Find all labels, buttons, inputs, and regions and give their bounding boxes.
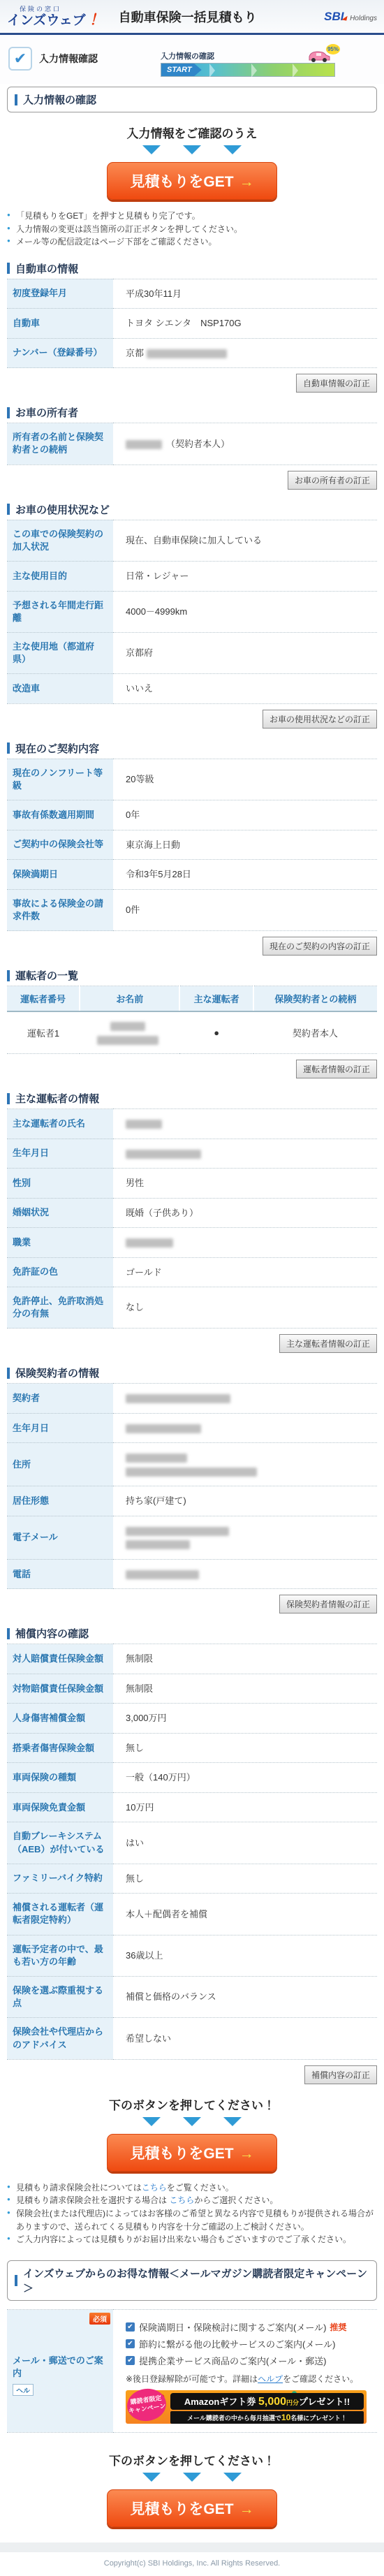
mail-option-row: 提携企業サービス商品のご案内(メール・郵送) bbox=[126, 2354, 371, 2367]
button-row: 現在のご契約の内容の訂正 bbox=[7, 937, 377, 956]
down-triangle-icon bbox=[183, 2473, 201, 2482]
value-text: なし bbox=[126, 1302, 144, 1312]
row-label: 初度登録年月 bbox=[7, 279, 113, 309]
progress-bar: START 95% bbox=[161, 63, 335, 77]
note-text: 見積もり請求保険会社については bbox=[16, 2183, 142, 2193]
row-value: なし bbox=[113, 1287, 377, 1329]
redacted-text bbox=[126, 1238, 173, 1247]
value-text: 一般（140万円） bbox=[126, 1772, 195, 1783]
value-text: ゴールド bbox=[126, 1267, 162, 1278]
table-row: 生年月日 bbox=[7, 1139, 377, 1169]
driver-number-cell: 運転者1 bbox=[7, 1011, 80, 1054]
row-value: 京都府 bbox=[113, 632, 377, 673]
table-row: 性別男性 bbox=[7, 1169, 377, 1199]
checkbox-checked-icon[interactable] bbox=[126, 2339, 135, 2348]
banner-main-text: Amazonギフト券 5,000円分プレゼント!! bbox=[170, 2393, 364, 2410]
get-quote-label: 見積もりをGET bbox=[130, 2146, 233, 2162]
inline-link[interactable]: こちら bbox=[142, 2183, 167, 2193]
redacted-text bbox=[126, 1424, 201, 1433]
value-text: 京都 bbox=[126, 348, 147, 358]
row-value: いいえ bbox=[113, 674, 377, 704]
value-text: はい bbox=[126, 1838, 144, 1848]
redacted-text bbox=[147, 349, 227, 358]
row-label: 車両保険免責金額 bbox=[7, 1792, 113, 1822]
accent-bar bbox=[15, 94, 17, 105]
arrow-right-icon: → bbox=[239, 2146, 254, 2162]
row-label: 所有者の名前と保険契約者との続柄 bbox=[7, 423, 113, 464]
sbi-holdings-text: Holdings bbox=[350, 15, 377, 22]
note-item: 見積もり請求保険会社を選択する場合は こちらからご選択ください。 bbox=[7, 2194, 377, 2207]
row-label: 免許停止、免許取消処分の有無 bbox=[7, 1287, 113, 1329]
section-title: 自動車の情報 bbox=[7, 261, 377, 276]
section-title-text: お車の所有者 bbox=[15, 405, 78, 420]
section-title-text: 主な運転者の情報 bbox=[15, 1091, 99, 1106]
down-triangle-icon bbox=[223, 145, 242, 154]
redacted-text bbox=[126, 1570, 199, 1579]
required-badge: 必須 bbox=[89, 2313, 110, 2325]
section-title: お車の所有者 bbox=[7, 405, 377, 420]
accent-bar bbox=[7, 504, 10, 515]
triangle-row bbox=[7, 145, 377, 156]
row-label: 現在のノンフリート等級 bbox=[7, 759, 113, 800]
row-value: 既婚（子供あり） bbox=[113, 1198, 377, 1228]
row-value: 現在、自動車保険に加入している bbox=[113, 520, 377, 561]
help-link[interactable]: ヘル bbox=[13, 2384, 34, 2396]
button-row: 運転者情報の訂正 bbox=[7, 1060, 377, 1078]
value-text: 東京海上日動 bbox=[126, 840, 180, 850]
row-label: 免許証の色 bbox=[7, 1257, 113, 1287]
row-value: 男性 bbox=[113, 1169, 377, 1199]
button-row: 主な運転者情報の訂正 bbox=[7, 1334, 377, 1353]
section-title: お車の使用状況など bbox=[7, 502, 377, 517]
row-label: 主な使用目的 bbox=[7, 562, 113, 592]
mail-settings-table: 必須 メール・郵送でのご案内 ヘル 保険満期日・保険検討に関するご案内(メール)… bbox=[7, 2309, 377, 2433]
redacted-text bbox=[126, 1468, 257, 1477]
notes-bottom: 見積もり請求保険会社についてはこちらをご覧ください。見積もり請求保険会社を選択す… bbox=[7, 2181, 377, 2246]
section-title: 現在のご契約内容 bbox=[7, 741, 377, 756]
down-triangle-icon bbox=[223, 2473, 242, 2482]
banner-unit: 円分 bbox=[286, 2399, 299, 2406]
table-row: 改造車いいえ bbox=[7, 674, 377, 704]
drivers-table: 運転者番号お名前主な運転者保険契約者との続柄運転者1●契約者本人 bbox=[7, 986, 377, 1054]
row-label: 補償される運転者（運転者限定特約） bbox=[7, 1894, 113, 1935]
page-section-title: 入力情報の確認 bbox=[23, 92, 96, 107]
correction-button[interactable]: 保険契約者情報の訂正 bbox=[279, 1595, 377, 1613]
logo-exclamation: ！ bbox=[86, 12, 101, 28]
page-section-titlebox: 入力情報の確認 bbox=[7, 87, 377, 112]
row-value: 0年 bbox=[113, 800, 377, 830]
row-label: 主な使用地（都道府県） bbox=[7, 632, 113, 673]
get-quote-label: 見積もりをGET bbox=[130, 2501, 233, 2517]
copyright: Copyright(c) SBI Holdings, Inc. All Righ… bbox=[0, 2552, 384, 2576]
note-text: 保険会社(または代理店)によってはお客様のご希望と異なる内容で見積もりが提供され… bbox=[16, 2209, 374, 2232]
row-label: 対物賠償責任保険金額 bbox=[7, 1674, 113, 1704]
info-table: この車での保険契約の加入状況現在、自動車保険に加入している主な使用目的日常・レジ… bbox=[7, 520, 377, 704]
banner-main-post: プレゼント!! bbox=[299, 2396, 350, 2407]
row-label: 運転予定者の中で、最も若い方の年齢 bbox=[7, 1935, 113, 1976]
step-bar: 入力情報確認 入力情報の確認 START 95% bbox=[0, 35, 384, 84]
row-value: 東京海上日動 bbox=[113, 830, 377, 860]
table-row: 車両保険免責金額10万円 bbox=[7, 1792, 377, 1822]
row-label: 対人賠償責任保険金額 bbox=[7, 1644, 113, 1674]
down-triangle-icon bbox=[142, 2117, 161, 2126]
row-value: 本人＋配偶者を補償 bbox=[113, 1894, 377, 1935]
accent-bar bbox=[7, 1093, 10, 1104]
row-value bbox=[113, 1443, 377, 1486]
row-value: 無し bbox=[113, 1864, 377, 1894]
inline-link[interactable]: こちら bbox=[169, 2195, 194, 2205]
value-text: 京都府 bbox=[126, 647, 153, 658]
page-header: 保険の窓口 インズウェブ！ 自動車保険一括見積もり SBI Holdings bbox=[0, 0, 384, 35]
confirm-lead: 入力情報をご確認のうえ bbox=[7, 124, 377, 141]
info-table: 契約者生年月日住所居住形態持ち家(戸建て)電子メール電話 bbox=[7, 1383, 377, 1589]
sbi-logo-text: SBI bbox=[324, 10, 344, 23]
redacted-text bbox=[126, 1394, 230, 1403]
table-row: 電話 bbox=[7, 1559, 377, 1589]
redacted-text bbox=[97, 1036, 158, 1045]
row-value bbox=[113, 1109, 377, 1139]
arrow-right-icon: → bbox=[239, 174, 254, 190]
campaign-titlebox: インズウェブからのお得な情報＜メールマガジン購読者限定キャンペーン＞ bbox=[7, 2260, 377, 2301]
note-text: 見積もり請求保険会社を選択する場合は bbox=[16, 2195, 169, 2205]
info-table: 対人賠償責任保険金額無制限対物賠償責任保険金額無制限人身傷害補償金額3,000万… bbox=[7, 1644, 377, 2059]
value-text: 0年 bbox=[126, 810, 140, 820]
redacted-text bbox=[126, 440, 162, 449]
arrow-right-icon: → bbox=[239, 2501, 254, 2517]
mail-label-cell: 必須 メール・郵送でのご案内 ヘル bbox=[7, 2309, 113, 2432]
section-title-text: 保険契約者の情報 bbox=[15, 1366, 99, 1380]
correction-button[interactable]: 補償内容の訂正 bbox=[304, 2065, 377, 2084]
row-value: 京都 bbox=[113, 338, 377, 368]
value-text: 持ち家(戸建て) bbox=[126, 1495, 186, 1506]
value-text: 日常・レジャー bbox=[126, 571, 189, 581]
value-text: 36歳以上 bbox=[126, 1950, 163, 1961]
table-row: ナンバー（登録番号）京都 bbox=[7, 338, 377, 368]
value-text: 無制限 bbox=[126, 1683, 153, 1694]
row-label: 車両保険の種類 bbox=[7, 1763, 113, 1793]
redacted-line bbox=[82, 1033, 177, 1047]
section-title-text: 運転者の一覧 bbox=[15, 968, 78, 983]
value-text: 4000－4999km bbox=[126, 606, 187, 617]
insweb-logo[interactable]: 保険の窓口 インズウェブ！ bbox=[7, 6, 101, 27]
table-row: 搭乗者傷害保険金額無し bbox=[7, 1733, 377, 1763]
correction-button[interactable]: 運転者情報の訂正 bbox=[296, 1060, 377, 1078]
table-row: 対人賠償責任保険金額無制限 bbox=[7, 1644, 377, 1674]
value-text: いいえ bbox=[126, 683, 153, 694]
down-triangle-icon bbox=[183, 2117, 201, 2126]
section-title: 補償内容の確認 bbox=[7, 1626, 377, 1641]
press-lead: 下のボタンを押してください！ bbox=[7, 2451, 377, 2468]
get-quote-button[interactable]: 見積もりをGET→ bbox=[107, 162, 277, 200]
column-header: 保険契約者との続柄 bbox=[253, 986, 377, 1012]
button-row: お車の所有者の訂正 bbox=[7, 471, 377, 490]
row-label: ご契約中の保険会社等 bbox=[7, 830, 113, 860]
info-table: 主な運転者の氏名生年月日性別男性婚姻状況既婚（子供あり）職業免許証の色ゴールド免… bbox=[7, 1108, 377, 1329]
note-text: をご覧ください。 bbox=[167, 2183, 234, 2193]
table-row: 免許停止、免許取消処分の有無なし bbox=[7, 1287, 377, 1329]
chevron-icon bbox=[209, 64, 215, 78]
value-text: 無し bbox=[126, 1743, 144, 1753]
step-label: 入力情報確認 bbox=[39, 52, 98, 66]
main-driver-cell: ● bbox=[179, 1011, 253, 1054]
section-title-text: お車の使用状況など bbox=[15, 502, 110, 517]
row-label: 保険を選ぶ際重視する点 bbox=[7, 1977, 113, 2018]
triangle-row bbox=[7, 2473, 377, 2484]
section-title-text: 補償内容の確認 bbox=[15, 1626, 89, 1641]
car-icon: 95% bbox=[307, 50, 332, 64]
table-row: ご契約中の保険会社等東京海上日動 bbox=[7, 830, 377, 860]
row-label: ファミリーバイク特約 bbox=[7, 1864, 113, 1894]
row-label: 搭乗者傷害保険金額 bbox=[7, 1733, 113, 1763]
note-text: 入力情報の変更は該当箇所の訂正ボタンを押してください。 bbox=[16, 224, 242, 234]
campaign-title: インズウェブからのお得な情報＜メールマガジン購読者限定キャンペーン＞ bbox=[23, 2266, 369, 2295]
value-text: 10万円 bbox=[126, 1802, 154, 1813]
value-text: （契約者本人） bbox=[166, 439, 230, 449]
sbi-holdings-logo: SBI Holdings bbox=[324, 10, 377, 22]
table-row: 電子メール bbox=[7, 1516, 377, 1559]
table-row: 婚姻状況既婚（子供あり） bbox=[7, 1198, 377, 1228]
redacted-text bbox=[110, 1022, 145, 1031]
row-label: 主な運転者の氏名 bbox=[7, 1109, 113, 1139]
note-item: 「見積もりをGET」を押すと見積もり完了です。 bbox=[7, 210, 377, 223]
note-item: 見積もり請求保険会社についてはこちらをご覧ください。 bbox=[7, 2181, 377, 2195]
table-row: 免許証の色ゴールド bbox=[7, 1257, 377, 1287]
row-label: 人身傷害補償金額 bbox=[7, 1704, 113, 1734]
table-row: 保険を選ぶ際重視する点補償と価格のバランス bbox=[7, 1977, 377, 2018]
table-row: 初度登録年月平成30年11月 bbox=[7, 279, 377, 309]
value-text: 3,000万円 bbox=[126, 1713, 167, 1723]
note-text: メール等の配信設定はページ下部をご確認ください。 bbox=[16, 237, 217, 247]
row-value: 3,000万円 bbox=[113, 1704, 377, 1734]
button-row: お車の使用状況などの訂正 bbox=[7, 710, 377, 729]
table-row: 生年月日 bbox=[7, 1413, 377, 1443]
row-value: 0件 bbox=[113, 889, 377, 930]
row-value bbox=[113, 1559, 377, 1589]
section-title-text: 現在のご契約内容 bbox=[15, 741, 99, 756]
get-quote-button[interactable]: 見積もりをGET→ bbox=[107, 2489, 277, 2527]
notes-top: 「見積もりをGET」を押すと見積もり完了です。入力情報の変更は該当箇所の訂正ボタ… bbox=[7, 210, 377, 249]
section-title: 保険契約者の情報 bbox=[7, 1366, 377, 1380]
table-row: 予想される年間走行距離4000－4999km bbox=[7, 591, 377, 632]
get-quote-label: 見積もりをGET bbox=[130, 174, 233, 190]
page-title: 自動車保険一括見積もり bbox=[119, 8, 257, 26]
row-label: 自動ブレーキシステム（AEB）が付いている bbox=[7, 1822, 113, 1864]
table-row: 補償される運転者（運転者限定特約）本人＋配偶者を補償 bbox=[7, 1894, 377, 1935]
table-row: 必須 メール・郵送でのご案内 ヘル 保険満期日・保険検討に関するご案内(メール)… bbox=[7, 2309, 377, 2432]
note-item: ご入力内容によっては見積もりがお届け出来ない場合もございますのでご了承ください。 bbox=[7, 2233, 377, 2246]
row-label: 事故による保険金の請求件数 bbox=[7, 889, 113, 930]
sbi-logo-accent-icon bbox=[342, 15, 348, 20]
note-item: 保険会社(または代理店)によってはお客様のご希望と異なる内容で見積もりが提供され… bbox=[7, 2207, 377, 2233]
table-row: ファミリーバイク特約無し bbox=[7, 1864, 377, 1894]
logo-text: インズウェブ bbox=[7, 13, 86, 28]
note-text: ※後日登録解除が可能です。詳細は bbox=[126, 2374, 258, 2384]
value-text: トヨタ シエンタ NSP170G bbox=[126, 318, 242, 328]
row-value: 無し bbox=[113, 1733, 377, 1763]
correction-button[interactable]: お車の所有者の訂正 bbox=[288, 471, 377, 490]
table-row: 職業 bbox=[7, 1228, 377, 1258]
row-label: 保険会社や代理店からのアドバイス bbox=[7, 2018, 113, 2059]
accent-bar bbox=[7, 1368, 10, 1379]
correction-button[interactable]: 現在のご契約の内容の訂正 bbox=[263, 937, 377, 956]
row-value: 4000－4999km bbox=[113, 591, 377, 632]
row-value: 日常・レジャー bbox=[113, 562, 377, 592]
row-value: 10万円 bbox=[113, 1792, 377, 1822]
note-text: をご確認ください。 bbox=[283, 2374, 358, 2384]
row-label: 予想される年間走行距離 bbox=[7, 591, 113, 632]
value-text: 0件 bbox=[126, 905, 140, 915]
row-value: 補償と価格のバランス bbox=[113, 1977, 377, 2018]
value-text: 令和3年5月28日 bbox=[126, 869, 191, 879]
table-row: 車両保険の種類一般（140万円） bbox=[7, 1763, 377, 1793]
row-value: 令和3年5月28日 bbox=[113, 860, 377, 890]
triangle-row bbox=[7, 2117, 377, 2128]
table-row: 運転者1●契約者本人 bbox=[7, 1011, 377, 1054]
table-row: 契約者 bbox=[7, 1384, 377, 1414]
accent-bar bbox=[7, 970, 10, 981]
row-label: 自動車 bbox=[7, 309, 113, 339]
checkmark-icon bbox=[8, 47, 32, 71]
mail-options-cell: 保険満期日・保険検討に関するご案内(メール)推奨節約に繋がる他の比較サービスのご… bbox=[113, 2309, 377, 2432]
info-table: 所有者の名前と保険契約者との続柄（契約者本人） bbox=[7, 423, 377, 464]
campaign-badge: 購読者限定 キャンペーン bbox=[125, 2386, 168, 2423]
down-triangle-icon bbox=[142, 2473, 161, 2482]
correction-button[interactable]: 自動車情報の訂正 bbox=[296, 374, 377, 393]
redacted-text bbox=[126, 1454, 187, 1463]
table-row: 主な使用目的日常・レジャー bbox=[7, 562, 377, 592]
progress-module: 入力情報の確認 START 95% bbox=[161, 50, 335, 77]
value-text: 男性 bbox=[126, 1178, 144, 1188]
table-row: 主な使用地（都道府県）京都府 bbox=[7, 632, 377, 673]
row-value: 一般（140万円） bbox=[113, 1763, 377, 1793]
row-label: 生年月日 bbox=[7, 1139, 113, 1169]
down-triangle-icon bbox=[142, 145, 161, 154]
checkbox-checked-icon[interactable] bbox=[126, 2356, 135, 2365]
note-text: からご選択ください。 bbox=[194, 2195, 278, 2205]
banner-sub-post: 名様にプレゼント！ bbox=[290, 2415, 347, 2422]
chevron-icon bbox=[293, 64, 298, 78]
column-header: お名前 bbox=[80, 986, 179, 1012]
table-row: 住所 bbox=[7, 1443, 377, 1486]
mail-option-row: 節約に繋がる他の比較サービスのご案内(メール) bbox=[126, 2337, 371, 2350]
correction-button[interactable]: 主な運転者情報の訂正 bbox=[279, 1334, 377, 1353]
redacted-text bbox=[126, 1120, 162, 1129]
table-row: 対物賠償責任保険金額無制限 bbox=[7, 1674, 377, 1704]
relation-cell: 契約者本人 bbox=[253, 1011, 377, 1054]
table-row: 運転予定者の中で、最も若い方の年齢36歳以上 bbox=[7, 1935, 377, 1976]
redacted-text bbox=[126, 1527, 229, 1536]
redacted-text bbox=[126, 1540, 190, 1549]
section-title: 運転者の一覧 bbox=[7, 968, 377, 983]
chevron-icon bbox=[251, 64, 257, 78]
redacted-line bbox=[126, 1465, 371, 1479]
banner-amount: 5,000 bbox=[258, 2396, 286, 2408]
column-header: 主な運転者 bbox=[179, 986, 253, 1012]
row-value: （契約者本人） bbox=[113, 423, 377, 464]
row-value: 無制限 bbox=[113, 1644, 377, 1674]
correction-button[interactable]: お車の使用状況などの訂正 bbox=[263, 710, 377, 729]
row-label: この車での保険契約の加入状況 bbox=[7, 520, 113, 561]
section-title-text: 自動車の情報 bbox=[15, 261, 78, 276]
footer-band bbox=[0, 2542, 384, 2552]
amazon-campaign-banner[interactable]: 購読者限定 キャンペーン Amazonギフト券 5,000円分プレゼント!! メ… bbox=[126, 2390, 367, 2424]
row-value bbox=[113, 1413, 377, 1443]
table-row: 人身傷害補償金額3,000万円 bbox=[7, 1704, 377, 1734]
banner-sub-num: 10 bbox=[281, 2413, 290, 2422]
mail-option-label: 節約に繋がる他の比較サービスのご案内(メール) bbox=[139, 2337, 335, 2350]
mail-note: ※後日登録解除が可能です。詳細はヘルプをご確認ください。 bbox=[126, 2373, 371, 2385]
row-value bbox=[113, 1139, 377, 1169]
row-value: トヨタ シエンタ NSP170G bbox=[113, 309, 377, 339]
get-quote-button[interactable]: 見積もりをGET→ bbox=[107, 2134, 277, 2172]
press-lead: 下のボタンを押してください！ bbox=[7, 2095, 377, 2113]
row-label: 居住形態 bbox=[7, 1486, 113, 1516]
table-row: 事故による保険金の請求件数0件 bbox=[7, 889, 377, 930]
row-value bbox=[113, 1384, 377, 1414]
row-value: 36歳以上 bbox=[113, 1935, 377, 1976]
redacted-line bbox=[82, 1019, 177, 1033]
accent-bar bbox=[7, 263, 10, 274]
button-row: 補償内容の訂正 bbox=[7, 2065, 377, 2084]
row-label: 生年月日 bbox=[7, 1413, 113, 1443]
mail-option-row: 保険満期日・保険検討に関するご案内(メール)推奨 bbox=[126, 2320, 371, 2334]
value-text: 平成30年11月 bbox=[126, 288, 182, 299]
value-text: 既婚（子供あり） bbox=[126, 1208, 198, 1218]
table-row: 現在のノンフリート等級20等級 bbox=[7, 759, 377, 800]
banner-sub-pre: メール購読者の中から毎月抽選で bbox=[187, 2415, 281, 2422]
accent-bar bbox=[15, 2275, 17, 2286]
value-text: 希望しない bbox=[126, 2033, 171, 2044]
table-row: 自動ブレーキシステム（AEB）が付いているはい bbox=[7, 1822, 377, 1864]
row-label: 性別 bbox=[7, 1169, 113, 1199]
table-row: この車での保険契約の加入状況現在、自動車保険に加入している bbox=[7, 520, 377, 561]
column-header: 運転者番号 bbox=[7, 986, 80, 1012]
redacted-text bbox=[126, 1150, 201, 1159]
redacted-line bbox=[126, 1451, 371, 1465]
row-label: 職業 bbox=[7, 1228, 113, 1258]
info-table: 初度登録年月平成30年11月自動車トヨタ シエンタ NSP170Gナンバー（登録… bbox=[7, 279, 377, 369]
button-row: 自動車情報の訂正 bbox=[7, 374, 377, 393]
row-value: 平成30年11月 bbox=[113, 279, 377, 309]
button-row: 保険契約者情報の訂正 bbox=[7, 1595, 377, 1613]
accent-bar bbox=[7, 407, 10, 418]
checkbox-checked-icon[interactable] bbox=[126, 2322, 135, 2332]
table-row: 保険会社や代理店からのアドバイス希望しない bbox=[7, 2018, 377, 2059]
value-text: 無し bbox=[126, 1873, 144, 1884]
table-row: 居住形態持ち家(戸建て) bbox=[7, 1486, 377, 1516]
row-label: 電話 bbox=[7, 1559, 113, 1589]
table-row: 事故有係数適用期間0年 bbox=[7, 800, 377, 830]
down-triangle-icon bbox=[223, 2117, 242, 2126]
row-value: 20等級 bbox=[113, 759, 377, 800]
row-label: 住所 bbox=[7, 1443, 113, 1486]
note-item: メール等の配信設定はページ下部をご確認ください。 bbox=[7, 235, 377, 249]
mail-label: メール・郵送でのご案内 bbox=[13, 2355, 108, 2380]
redacted-line bbox=[126, 1524, 371, 1538]
help-inline-link[interactable]: ヘルプ bbox=[258, 2374, 283, 2384]
banner-main-pre: Amazonギフト券 bbox=[184, 2396, 258, 2407]
table-row: 保険満期日令和3年5月28日 bbox=[7, 860, 377, 890]
note-item: 入力情報の変更は該当箇所の訂正ボタンを押してください。 bbox=[7, 223, 377, 236]
table-row: 所有者の名前と保険契約者との続柄（契約者本人） bbox=[7, 423, 377, 464]
row-label: 保険満期日 bbox=[7, 860, 113, 890]
section-title: 主な運転者の情報 bbox=[7, 1091, 377, 1106]
accent-bar bbox=[7, 742, 10, 754]
row-value: はい bbox=[113, 1822, 377, 1864]
table-row: 自動車トヨタ シエンタ NSP170G bbox=[7, 309, 377, 339]
row-label: ナンバー（登録番号） bbox=[7, 338, 113, 368]
redacted-line bbox=[126, 1537, 371, 1551]
